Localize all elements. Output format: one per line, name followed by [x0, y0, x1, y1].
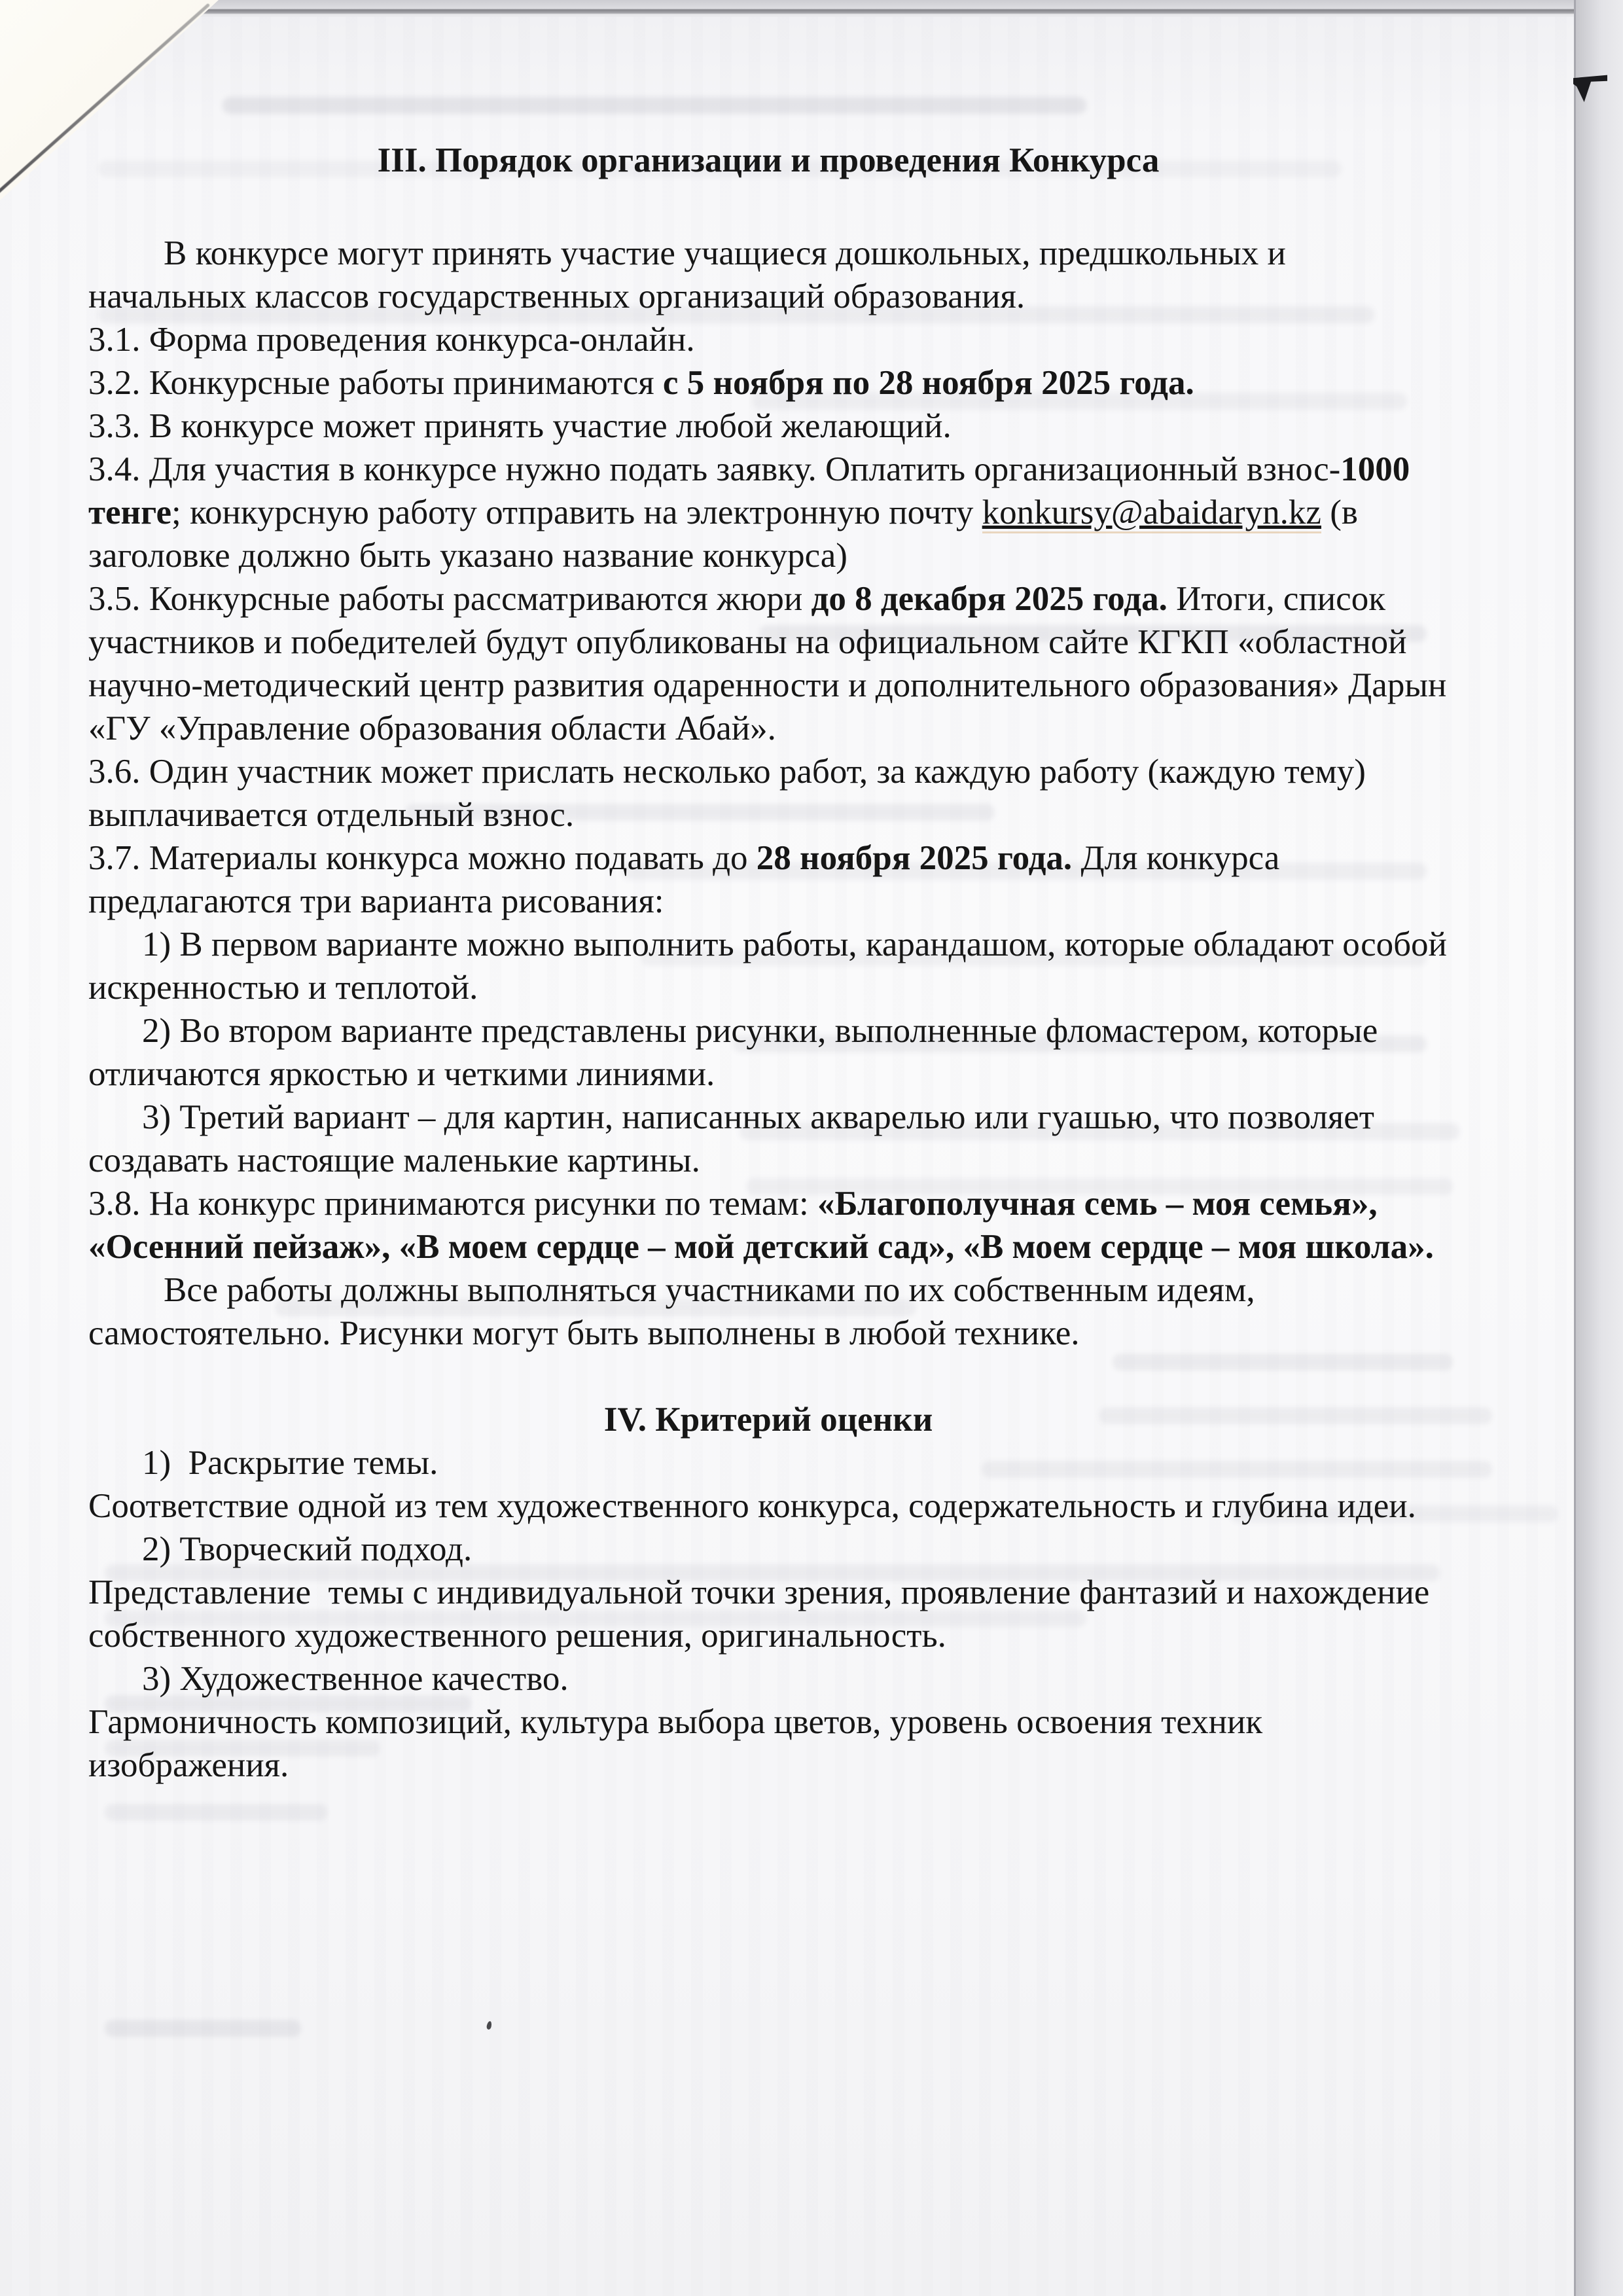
paragraph: 3.4. Для участия в конкурсе нужно подать… — [88, 448, 1448, 577]
text-run: Все работы должны выполняться участникам… — [88, 1271, 1264, 1352]
paragraph: Представление темы с индивидуальной точк… — [88, 1571, 1448, 1657]
email-address: konkursy@abaidaryn.kz — [982, 493, 1321, 533]
text-run: Гармоничность композиций, культура выбор… — [88, 1703, 1271, 1784]
section-heading: IV. Критерий оценки — [88, 1398, 1448, 1441]
paragraph: 3.5. Конкурсные работы рассматриваются ж… — [88, 577, 1448, 750]
paragraph: 3.1. Форма проведения конкурса-онлайн. — [88, 318, 1448, 361]
bleedthrough-artifact — [223, 97, 1086, 114]
paragraph: В конкурсе могут принять участие учащиес… — [88, 232, 1448, 318]
text-run: 1) Раскрытие темы. — [142, 1444, 438, 1482]
paragraph: Гармоничность композиций, культура выбор… — [88, 1700, 1448, 1787]
bleedthrough-artifact — [105, 2020, 301, 2037]
text-run: III. Порядок организации и проведения Ко… — [378, 141, 1160, 179]
ink-speck — [486, 2020, 493, 2030]
text-run: 3.4. Для участия в конкурсе нужно подать… — [88, 450, 1340, 488]
text-run: 3.6. Один участник может прислать нескол… — [88, 753, 1374, 834]
paragraph: 1) В первом варианте можно выполнить раб… — [88, 923, 1448, 1009]
paragraph: 3) Третий вариант – для картин, написанн… — [88, 1096, 1448, 1182]
paragraph: Соответствие одной из тем художественног… — [88, 1484, 1448, 1528]
text-run: 3) Третий вариант – для картин, написанн… — [88, 1098, 1383, 1179]
text-run: В конкурсе могут принять участие учащиес… — [88, 234, 1294, 315]
bleedthrough-artifact — [105, 1804, 327, 1821]
text-run: 3.2. Конкурсные работы принимаются — [88, 364, 663, 402]
text-run: ; конкурсную работу отправить на электро… — [171, 493, 982, 531]
paragraph: Все работы должны выполняться участникам… — [88, 1268, 1448, 1355]
text-run: до 8 декабря 2025 года. — [811, 580, 1168, 618]
text-run: 3.7. Материалы конкурса можно подавать д… — [88, 839, 757, 877]
paragraph: 1) Раскрытие темы. — [88, 1441, 1448, 1484]
document-body: III. Порядок организации и проведения Ко… — [88, 139, 1448, 1787]
text-run: 3.1. Форма проведения конкурса-онлайн. — [88, 321, 695, 359]
text-run: 1) В первом варианте можно выполнить раб… — [88, 925, 1455, 1007]
scanned-page: III. Порядок организации и проведения Ко… — [0, 0, 1623, 2296]
paragraph: 3.6. Один участник может прислать нескол… — [88, 750, 1448, 836]
text-run: 2) Во втором варианте представлены рисун… — [88, 1012, 1387, 1093]
paragraph: 3.3. В конкурсе может принять участие лю… — [88, 404, 1448, 448]
paragraph: 3.2. Конкурсные работы принимаются с 5 н… — [88, 361, 1448, 404]
section-heading: III. Порядок организации и проведения Ко… — [88, 139, 1448, 182]
paragraph: 3) Художественное качество. — [88, 1657, 1448, 1700]
paragraph: 3.7. Материалы конкурса можно подавать д… — [88, 836, 1448, 923]
text-run: Представление темы с индивидуальной точк… — [88, 1573, 1438, 1655]
scan-right-edge — [1574, 0, 1623, 2296]
text-run: с 5 ноября по 28 ноября 2025 года. — [663, 364, 1194, 402]
scanner-top-strip — [0, 0, 1623, 17]
text-run: IV. Критерий оценки — [604, 1401, 933, 1439]
text-run: 28 ноября 2025 года. — [757, 839, 1072, 877]
scan-top-edge-line — [190, 9, 1623, 14]
text-run: 2) Творческий подход. — [142, 1530, 472, 1568]
text-run: 3.3. В конкурсе может принять участие лю… — [88, 407, 952, 445]
paragraph: 2) Во втором варианте представлены рисун… — [88, 1009, 1448, 1096]
text-run: 3.8. На конкурс принимаются рисунки по т… — [88, 1185, 817, 1223]
paragraph: 2) Творческий подход. — [88, 1528, 1448, 1571]
paragraph: 3.8. На конкурс принимаются рисунки по т… — [88, 1182, 1448, 1268]
text-run: 3.5. Конкурсные работы рассматриваются ж… — [88, 580, 811, 618]
text-run: 3) Художественное качество. — [142, 1660, 569, 1698]
text-run: Соответствие одной из тем художественног… — [88, 1487, 1416, 1525]
